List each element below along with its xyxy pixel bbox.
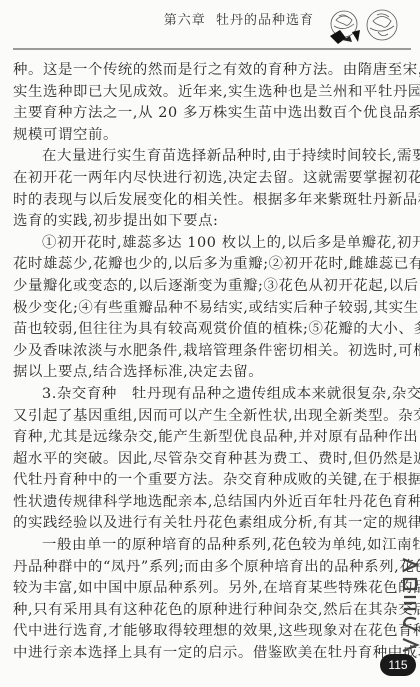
- text-line: 花时雄蕊少,花瓣也少的,以后多为重瓣;②初开花时,雌雄蕊已有: [13, 254, 405, 276]
- text-line: 据以上要点,结合选择标准,决定去留。: [13, 362, 405, 384]
- paragraph-start-line: ①初开花时,雄蕊多达 100 枚以上的,以后多是单瓣花,初开: [13, 233, 405, 255]
- text-line: 主要育种方法之一,从 20 多万株实生苗中选出数百个优良品系,: [13, 103, 405, 125]
- text-line: 代中进行选育,才能够取得较理想的效果,这些现象对在花色育种: [13, 621, 405, 643]
- text-line: 选育的实践,初步提出如下要点:: [13, 211, 405, 233]
- body-text: 种。这是一个传统的然而是行之有效的育种方法。由隋唐至宋， 实生选种即已大见成效。…: [13, 60, 405, 665]
- paragraph-start-line: 一般由单一的原种培育的品种系列,花色较为单纯,如江南牡: [13, 535, 405, 557]
- text-line: 较为丰富,如中国中原品种系列。另外,在培育某些特殊花色的品: [13, 578, 405, 600]
- text-line: 苗也较弱,但往往为具有较高观赏价值的植株;⑤花瓣的大小、多: [13, 319, 405, 341]
- text-line: 实生选种即已大见成效。近年来,实生选种也是兰州和平牡丹园: [13, 82, 405, 104]
- text-line: 性状遗传规律科学地选配亲本,总结国内外近百年牡丹花色育种: [13, 492, 405, 514]
- page-header: 第六章 牡丹的品种选育: [0, 0, 420, 52]
- section-heading-line: 3.杂交育种 牡丹现有品种之遗传组成本来就很复杂,杂交: [13, 384, 405, 406]
- rose-icon: [322, 6, 412, 46]
- chapter-heading: 第六章 牡丹的品种选育: [164, 9, 314, 28]
- text-line: 中进行亲本选择上具有一定的启示。借鉴欧美在牡丹育种中成功: [13, 643, 405, 665]
- paragraph-start-line: 在大量进行实生育苗选择新品种时,由于持续时间较长,需要: [13, 146, 405, 168]
- text-line: 少量瓣化或变态的,以后逐渐变为重瓣;③花色从初开花起,以后: [13, 276, 405, 298]
- text-line: 代牡丹育种中的一个重要方法。杂交育种成败的关键,在于根据: [13, 470, 405, 492]
- text-line: 在初开花一两年内尽快进行初选,决定去留。这就需要掌握初花: [13, 168, 405, 190]
- text-line: 超水平的突破。因此,尽管杂交育种甚为费工、费时,但仍然是近: [13, 449, 405, 471]
- text-line: 丹品种群中的“凤丹”系列;而由多个原种培育出的品种系列,花色: [13, 557, 405, 579]
- text-line: 极少变化;④有些重瓣品种不易结实,或结实后种子较弱,其实生: [13, 298, 405, 320]
- chapter-number: 第六章: [164, 13, 206, 28]
- page-number-badge: 115: [380, 654, 416, 676]
- chapter-title: 牡丹的品种选育: [216, 13, 314, 28]
- text-line: 育种,尤其是远缘杂交,能产生新型优良品种,并对原有品种作出: [13, 427, 405, 449]
- text-line: 种,只有采用具有这种花色的原种进行种间杂交,然后在其杂交后: [13, 600, 405, 622]
- text-line: 种。这是一个传统的然而是行之有效的育种方法。由隋唐至宋，: [13, 60, 405, 82]
- text-line: 时的表现与以后发展变化的相关性。根据多年来紫斑牡丹新品种: [13, 190, 405, 212]
- header-divider: [13, 48, 411, 50]
- watermark-logo-icon: [400, 555, 420, 655]
- text-line: 的实践经验以及进行有关牡丹花色素组成分析,有其一定的规律。: [13, 513, 405, 535]
- text-line: 少及香味浓淡与水肥条件,栽培管理条件密切相关。初选时,可根: [13, 341, 405, 363]
- text-line: 规模可谓空前。: [13, 125, 405, 147]
- text-line: 又引起了基因重组,因而可以产生全新性状,出现全新类型。杂交: [13, 406, 405, 428]
